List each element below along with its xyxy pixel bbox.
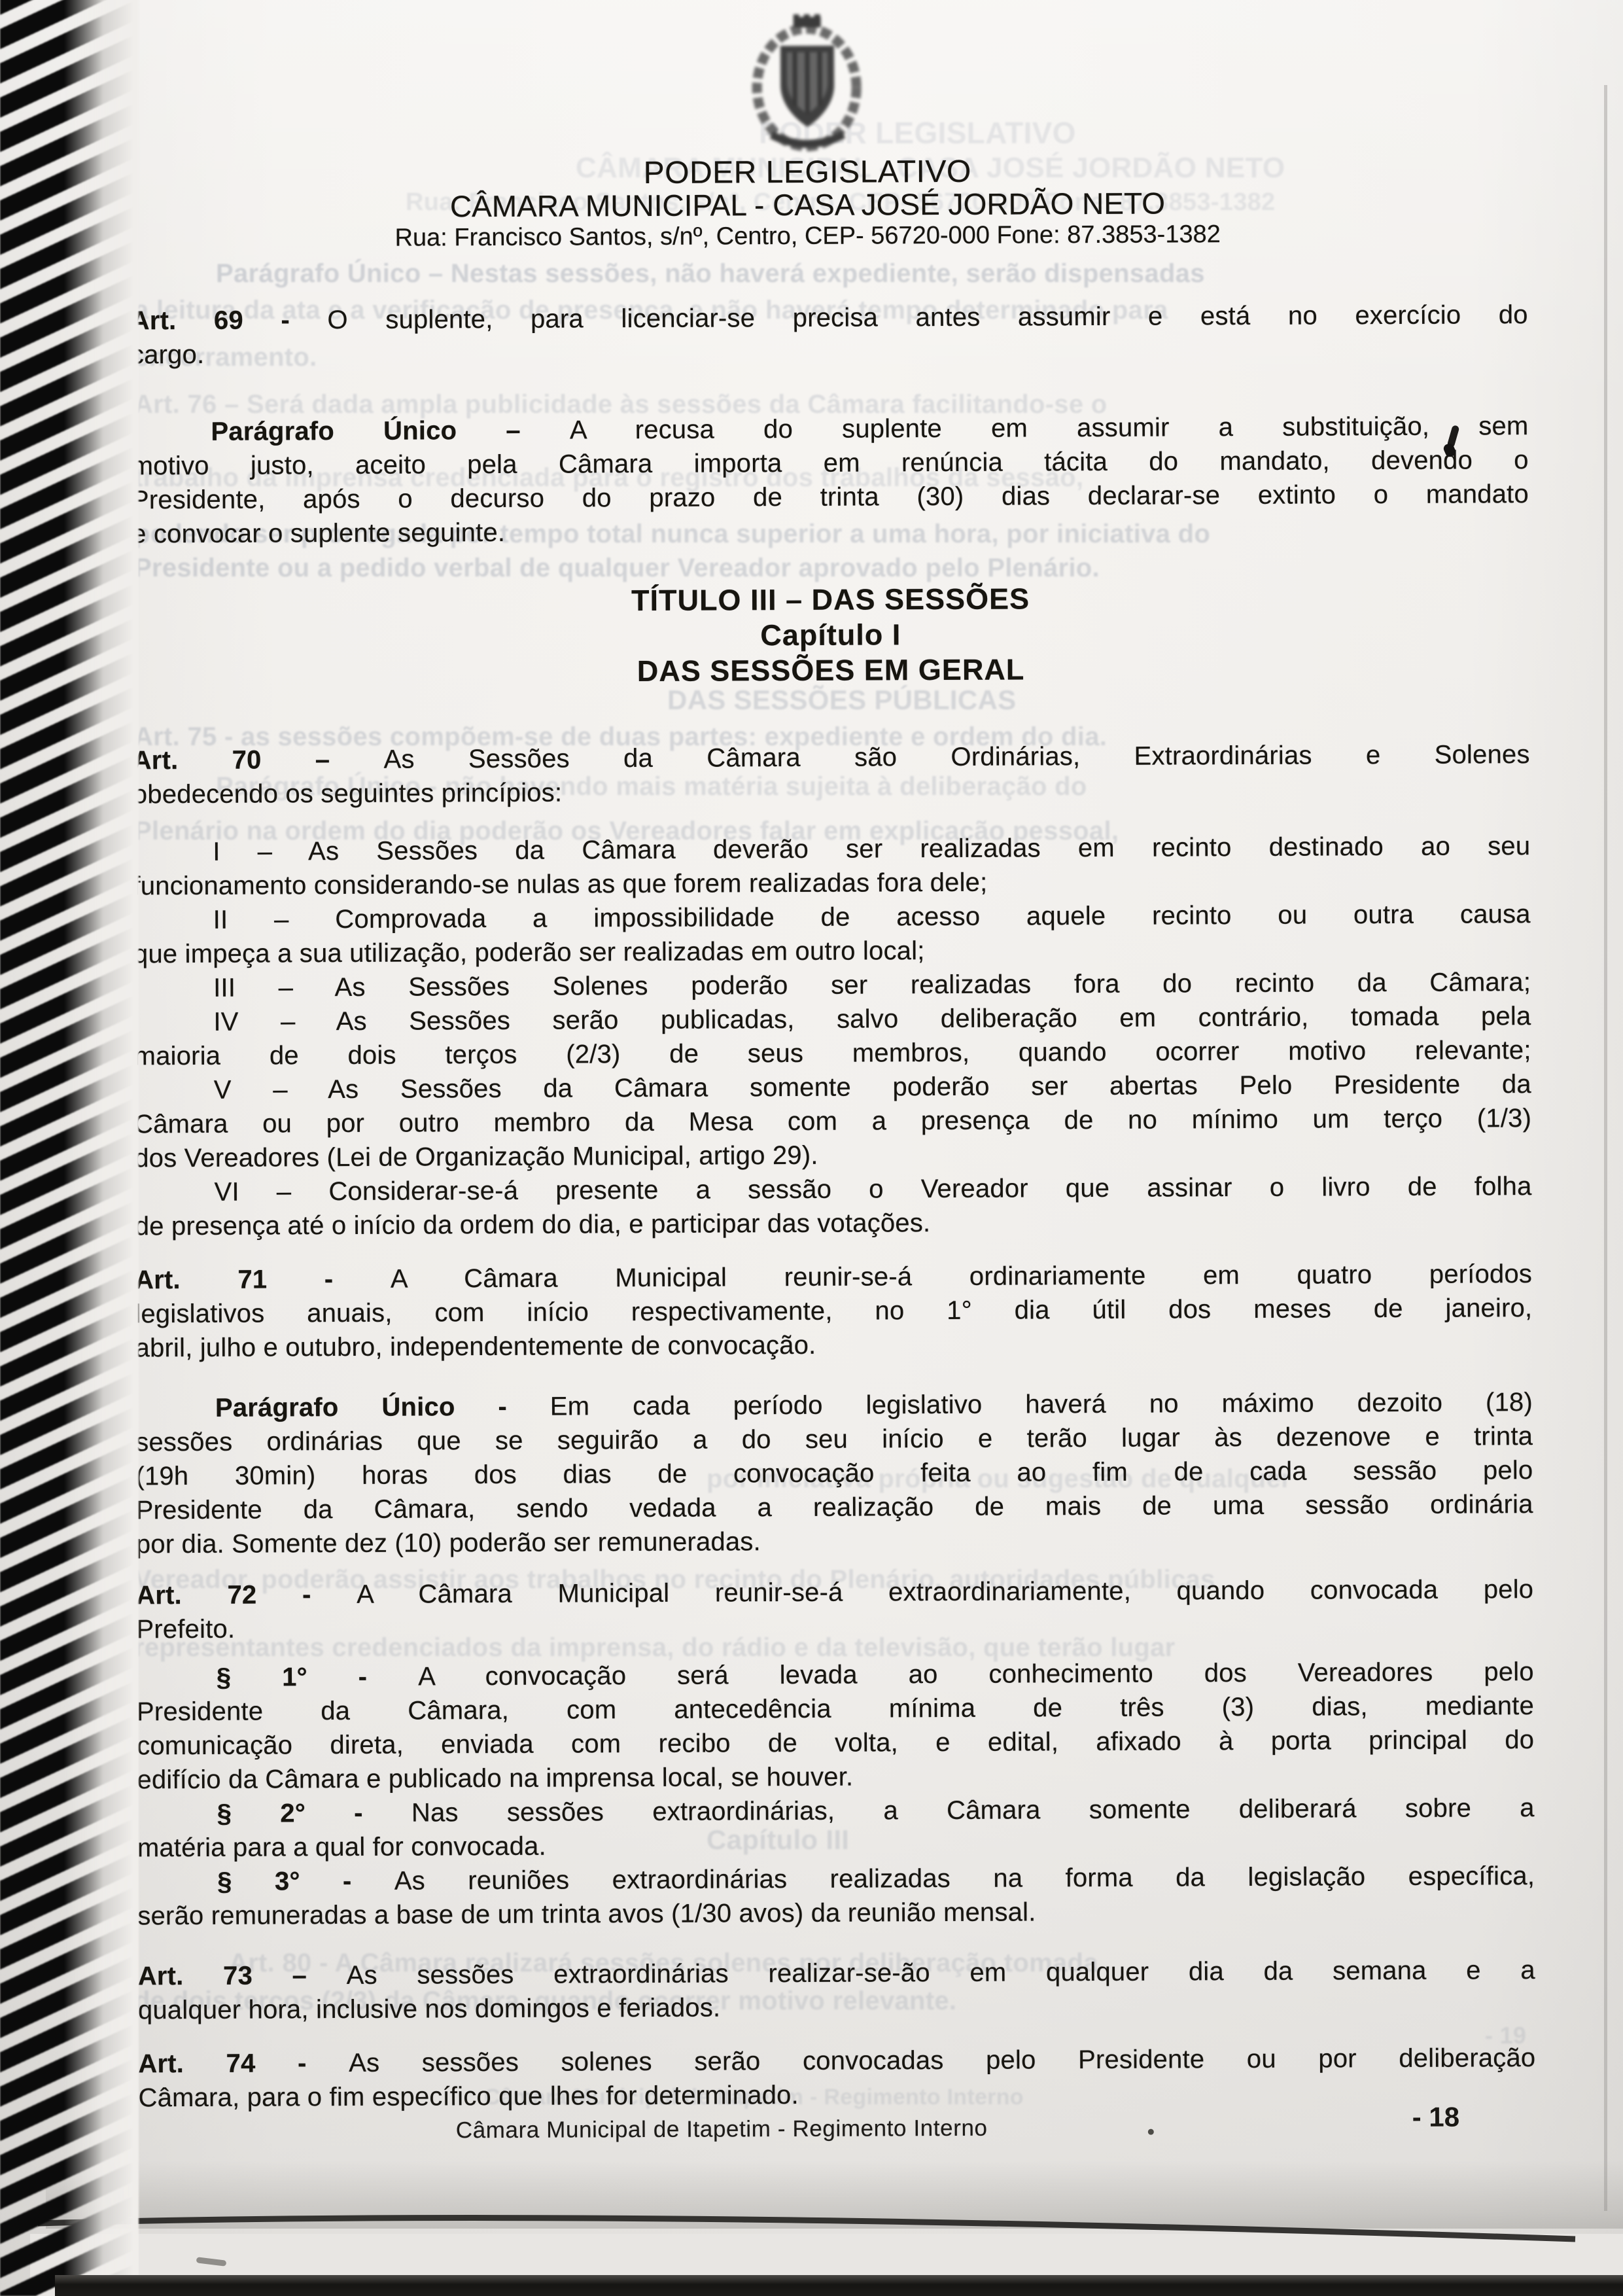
text-line: maioria de dois terços (2/3) de seus mem… [134, 1033, 1531, 1073]
text-line: cargo. [131, 332, 1528, 372]
text-line: e convocar o suplente seguinte. [131, 511, 1529, 551]
text-line: II – Comprovada a impossibilidade de ace… [133, 897, 1531, 937]
paragraph-art-73: Art. 73 – As sessões extraordinárias rea… [138, 1953, 1535, 2027]
right-page-edge [1604, 85, 1607, 2211]
next-page-dark-edge [55, 2275, 1623, 2296]
municipal-crest-icon [733, 14, 881, 156]
header-address: Rua: Francisco Santos, s/nº, Centro, CEP… [0, 217, 1619, 255]
text-line: Art. 70 – As Sessões da Câmara são Ordin… [133, 737, 1530, 777]
text-line: que impeça a sua utilização, poderão ser… [133, 931, 1531, 971]
heading-das-sessoes-em-geral: DAS SESSÕES EM GERAL [132, 650, 1529, 691]
text-line: Presidente da Câmara, com antecedência m… [137, 1689, 1534, 1729]
text-line: Prefeito. [136, 1606, 1533, 1646]
footer-document-title: Câmara Municipal de Itapetim - Regimento… [456, 2115, 988, 2144]
page-number: - 18 [1412, 2102, 1460, 2133]
text-line: III – As Sessões Solenes poderão ser rea… [133, 965, 1531, 1005]
paragraph-paragrafo-unico-69: Parágrafo Único – A recusa do suplente e… [131, 409, 1529, 551]
text-line: Câmara, para o fim específico que lhes f… [138, 2075, 1535, 2115]
text-line: comunicação direta, enviada com recibo d… [137, 1723, 1534, 1763]
paragraph-art-72: Art. 72 - A Câmara Municipal reunir-se-á… [136, 1572, 1533, 1646]
page-bottom-edge [0, 2183, 1623, 2274]
paragraph-section-2: § 2° - Nas sessões extraordinárias, a Câ… [137, 1791, 1535, 1865]
paragraph-section-1: § 1° - A convocação será levada ao conhe… [137, 1655, 1535, 1797]
paragraph-paragrafo-unico-71: Parágrafo Único - Em cada período legisl… [135, 1385, 1533, 1561]
text-line: (19h 30min) horas dos dias de convocação… [135, 1453, 1533, 1493]
list-items-i-vi: I – As Sessões da Câmara deverão ser rea… [133, 829, 1532, 1243]
text-line: sessões ordinárias que se seguirão a do … [135, 1419, 1533, 1459]
paragraph-art-69: Art. 69 - O suplente, para licenciar-se … [131, 298, 1528, 372]
text-line: matéria para a qual for convocada. [137, 1825, 1535, 1865]
spiral-binding [0, 0, 139, 2296]
heading-titulo-iii: TÍTULO III – DAS SESSÕES [131, 579, 1529, 620]
text-line: V – As Sessões da Câmara somente poderão… [134, 1067, 1531, 1107]
text-line: § 3° - As reuniões extraordinárias reali… [137, 1859, 1535, 1899]
scanned-document-page: PODER LEGISLATIVOCÂMARA MUNICIPAL - CASA… [0, 0, 1623, 2296]
text-line: IV – As Sessões serão publicadas, salvo … [133, 999, 1531, 1039]
footer-dot-mark [1148, 2129, 1154, 2135]
text-line: dos Vereadores (Lei de Organização Munic… [134, 1135, 1531, 1175]
section-heading: TÍTULO III – DAS SESSÕES Capítulo I DAS … [131, 579, 1529, 691]
text-line: Art. 74 - As sessões solenes serão convo… [138, 2041, 1535, 2081]
text-line: de presença até o início da ordem do dia… [135, 1203, 1532, 1243]
text-line: Art. 73 – As sessões extraordinárias rea… [138, 1953, 1535, 1993]
text-line: § 2° - Nas sessões extraordinárias, a Câ… [137, 1791, 1535, 1831]
heading-capitulo-i: Capítulo I [132, 614, 1529, 656]
text-line: legislativos anuais, com início respecti… [135, 1291, 1532, 1331]
paragraph-art-70: Art. 70 – As Sessões da Câmara são Ordin… [133, 737, 1530, 811]
text-line: edifício da Câmara e publicado na impren… [137, 1757, 1534, 1797]
text-line: VI – Considerar-se-á presente a sessão o… [134, 1169, 1531, 1209]
text-line: § 1° - A convocação será levada ao conhe… [137, 1655, 1534, 1695]
text-line: I – As Sessões da Câmara deverão ser rea… [133, 829, 1530, 869]
text-line: Art. 71 - A Câmara Municipal reunir-se-á… [135, 1257, 1532, 1297]
paragraph-section-3: § 3° - As reuniões extraordinárias reali… [137, 1859, 1535, 1933]
text-line: motivo justo, aceito pela Câmara importa… [131, 443, 1529, 483]
text-line: Parágrafo Único - Em cada período legisl… [135, 1385, 1533, 1425]
text-line: Câmara ou por outro membro da Mesa com a… [134, 1101, 1531, 1141]
text-line: Presidente, após o decurso do prazo de t… [131, 477, 1529, 517]
text-line: Art. 69 - O suplente, para licenciar-se … [131, 298, 1528, 338]
text-line: abril, julho e outubro, independentement… [135, 1325, 1532, 1365]
text-line: Art. 72 - A Câmara Municipal reunir-se-á… [136, 1572, 1533, 1612]
text-line: funcionamento considerando-se nulas as q… [133, 863, 1530, 903]
text-line: por dia. Somente dez (10) poderão ser re… [136, 1521, 1533, 1561]
document-body: Art. 69 - O suplente, para licenciar-se … [131, 298, 1536, 2115]
paragraph-art-71: Art. 71 - A Câmara Municipal reunir-se-á… [135, 1257, 1533, 1365]
text-line: Presidente da Câmara, sendo vedada a rea… [136, 1487, 1533, 1527]
page-content: PODER LEGISLATIVO CÂMARA MUNICIPAL - CAS… [0, 0, 1623, 2296]
text-line: Parágrafo Único – A recusa do suplente e… [131, 409, 1528, 449]
paragraph-art-74: Art. 74 - As sessões solenes serão convo… [138, 2041, 1535, 2115]
letterhead: PODER LEGISLATIVO CÂMARA MUNICIPAL - CAS… [0, 10, 1619, 255]
text-line: obedecendo os seguintes princípios: [133, 771, 1530, 811]
text-line: qualquer hora, inclusive nos domingos e … [138, 1987, 1535, 2027]
text-line: serão remuneradas a base de um trinta av… [137, 1893, 1535, 1933]
